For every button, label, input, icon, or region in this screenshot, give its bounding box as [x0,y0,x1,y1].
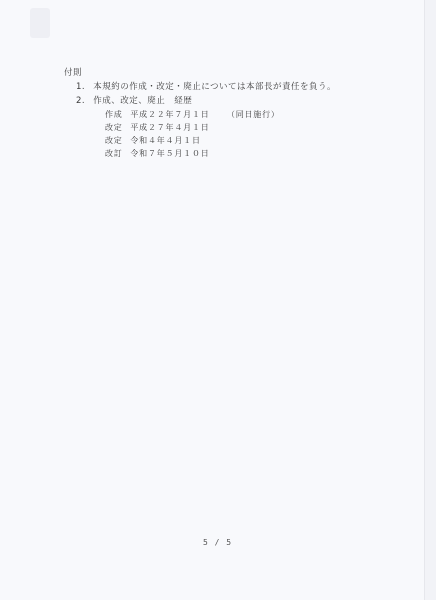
history-date: 令和７年５月１０日 [130,148,209,159]
history-kind: 改定 [105,135,127,146]
item-text: 本規約の作成・改定・廃止については本部長が責任を負う。 [93,82,336,92]
history-date: 平成２２年７月１日 [130,109,209,120]
history-entry: 改訂 令和７年５月１０日 [105,148,210,159]
document-page: 付則 1. 本規約の作成・改定・廃止については本部長が責任を負う。 2. 作成、… [0,0,424,600]
history-entry: 改定 令和４年４月１日 [105,135,201,146]
history-date: 令和４年４月１日 [130,135,200,146]
history-entry: 改定 平成２７年４月１日 [105,122,210,133]
history-date: 平成２７年４月１日 [130,122,209,133]
scan-artifact [30,8,50,38]
history-kind: 改定 [105,122,127,133]
history-entry: 作成 平成２２年７月１日 （同日施行） [105,109,280,120]
history-kind: 改訂 [105,148,127,159]
appendix-heading: 付則 [64,66,82,78]
page-number: 5 / 5 [203,538,232,547]
item-number: 2. [76,96,90,106]
item-text: 作成、改定、廃止 経歴 [93,96,192,106]
scan-edge [424,0,436,600]
history-kind: 作成 [105,109,127,120]
history-note: （同日施行） [227,109,280,120]
appendix-item-1: 1. 本規約の作成・改定・廃止については本部長が責任を負う。 [76,80,336,92]
appendix-item-2: 2. 作成、改定、廃止 経歴 [76,94,192,106]
item-number: 1. [76,82,90,92]
